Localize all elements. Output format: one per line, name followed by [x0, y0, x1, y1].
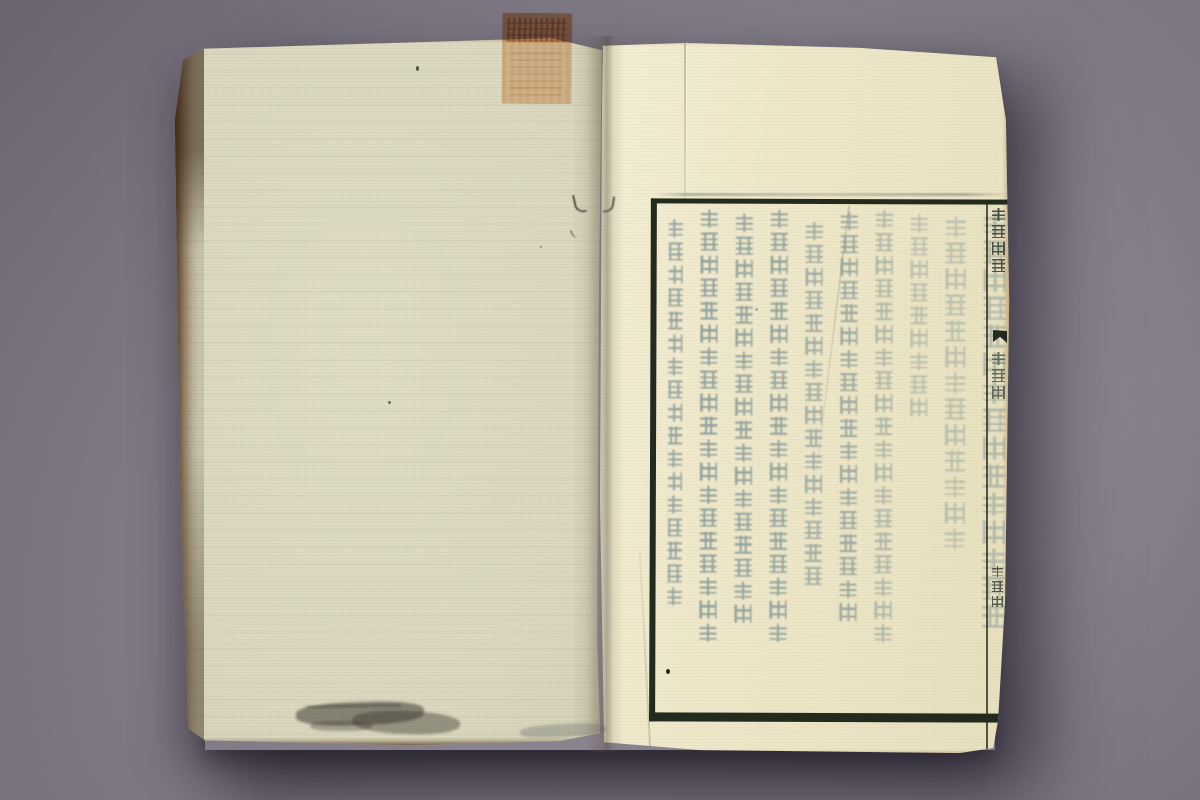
banxin-fold-column — [986, 200, 1012, 752]
spine-worn-edge — [174, 36, 204, 746]
tape-label — [502, 13, 573, 105]
right-page-top-edge — [600, 40, 1010, 46]
paper-speck — [540, 246, 542, 248]
paper-speck — [388, 401, 391, 404]
paper-speck — [755, 308, 758, 311]
banxin-volume-label — [992, 352, 1005, 399]
right-page-bottom-edge — [600, 749, 1010, 758]
fishtail-mark-icon — [993, 330, 1007, 343]
right-page — [600, 40, 1010, 758]
left-page — [174, 36, 604, 746]
center-gutter-shadow — [586, 36, 624, 752]
bleed-through-text-columns — [667, 209, 1009, 705]
printed-border-frame — [649, 198, 1009, 722]
banxin-page-number — [992, 566, 1003, 607]
ink-smear-above-frame — [656, 193, 1008, 196]
photo-open-stitched-book: { "scene": { "description": "Photograph … — [0, 0, 1200, 800]
ink-dot — [666, 669, 670, 674]
banxin-title-fragment — [992, 208, 1005, 272]
vertical-crease — [684, 43, 686, 201]
bottom-ink-smudge — [288, 694, 463, 742]
paper-speck — [416, 66, 419, 71]
